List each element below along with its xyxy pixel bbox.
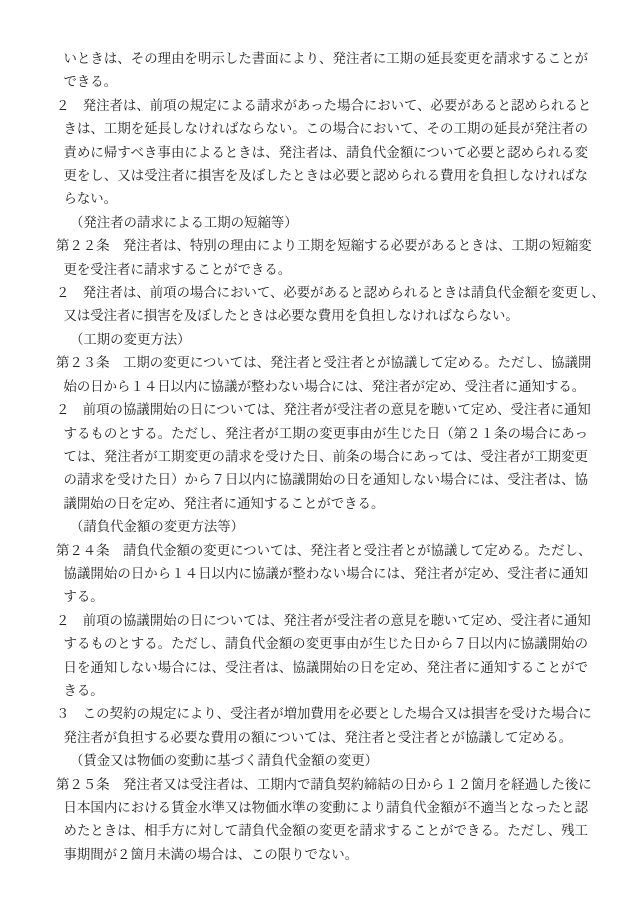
text-line: 第２３条 工期の変更については、発注者と受注者とが協議して定める。ただし、協議開: [56, 351, 588, 374]
text-line: 責めに帰すべき事由によるときは、発注者は、請負代金額について必要と認められる変: [64, 141, 589, 164]
article-25-caption: （賃金又は物価の変動に基づく請負代金額の変更）: [56, 749, 588, 772]
text-line: めたときは、相手方に対して請負代金額の変更を請求することができる。ただし、残工: [64, 819, 589, 842]
text-line: の請求を受けた日）から７日以内に協議開始の日を通知しない場合には、受注者は、協: [64, 468, 589, 491]
article-24-clause-2: ２ 前項の協議開始の日については、発注者が受注者の意見を聴いて定め、受注者に通知…: [56, 609, 588, 703]
text-line: （請負代金額の変更方法等）: [70, 515, 588, 538]
article-24-clause-3: ３ この契約の規定により、受注者が増加費用を必要とした場合又は損害を受けた場合に…: [56, 702, 588, 749]
text-line: 第２２条 発注者は、特別の理由により工期を短縮する必要があるときは、工期の短縮変: [56, 234, 588, 257]
article-22-clause-2: ２ 発注者は、前項の場合において、必要があると認められるときは請負代金額を変更し…: [56, 281, 588, 328]
article-23-caption: （工期の変更方法）: [56, 328, 588, 351]
text-line: （発注者の請求による工期の短縮等）: [70, 211, 588, 234]
numbered-clause-2: ２ 発注者は、前項の規定による請求があった場合において、必要があると認められると…: [56, 94, 588, 211]
text-line: ２ 発注者は、前項の場合において、必要があると認められるときは請負代金額を変更し…: [56, 281, 588, 304]
text-line: 第２５条 発注者又は受注者は、工期内で請負契約締結の日から１２箇月を経過した後に: [56, 773, 588, 796]
text-line: らない。: [64, 187, 589, 210]
text-line: する。: [64, 585, 589, 608]
article-22-caption: （発注者の請求による工期の短縮等）: [56, 211, 588, 234]
article-25-clause-1: 第２５条 発注者又は受注者は、工期内で請負契約締結の日から１２箇月を経過した後に…: [56, 773, 588, 867]
text-line: 議開始の日を定め、発注者に通知することができる。: [64, 492, 589, 515]
text-line: いときは、その理由を明示した書面により、発注者に工期の延長変更を請求することが: [64, 47, 589, 70]
text-line: 日本国内における賃金水準又は物価水準の変動により請負代金額が不適当となったと認: [64, 796, 589, 819]
article-24-caption: （請負代金額の変更方法等）: [56, 515, 588, 538]
text-line: 更をし、又は受注者に損害を及ぼしたときは必要と認められる費用を負担しなければな: [64, 164, 589, 187]
text-line: 第２４条 請負代金額の変更については、発注者と受注者とが協議して定める。ただし、: [56, 539, 588, 562]
text-line: 協議開始の日から１４日以内に協議が整わない場合には、発注者が定め、受注者に通知: [64, 562, 589, 585]
text-line: するものとする。ただし、発注者が工期の変更事由が生じた日（第２１条の場合にあっ: [64, 422, 589, 445]
text-line: きる。: [64, 679, 589, 702]
text-line: ては、発注者が工期変更の請求を受けた日、前条の場合にあっては、受注者が工期変更: [64, 445, 589, 468]
text-line: 更を受注者に請求することができる。: [64, 258, 589, 281]
document-body: いときは、その理由を明示した書面により、発注者に工期の延長変更を請求することが …: [56, 47, 588, 866]
article-23-clause-1: 第２３条 工期の変更については、発注者と受注者とが協議して定める。ただし、協議開…: [56, 351, 588, 398]
text-line: ２ 前項の協議開始の日については、発注者が受注者の意見を聴いて定め、受注者に通知: [56, 398, 588, 421]
text-line: ２ 発注者は、前項の規定による請求があった場合において、必要があると認められると: [56, 94, 588, 117]
text-line: 又は受注者に損害を及ぼしたときは必要な費用を負担しなければならない。: [64, 304, 589, 327]
continuation-clause: いときは、その理由を明示した書面により、発注者に工期の延長変更を請求することが …: [56, 47, 588, 94]
text-line: 発注者が負担する必要な費用の額については、発注者と受注者とが協議して定める。: [64, 726, 589, 749]
text-line: ３ この契約の規定により、受注者が増加費用を必要とした場合又は損害を受けた場合に: [56, 702, 588, 725]
text-line: 事期間が２箇月未満の場合は、この限りでない。: [64, 843, 589, 866]
article-23-clause-2: ２ 前項の協議開始の日については、発注者が受注者の意見を聴いて定め、受注者に通知…: [56, 398, 588, 515]
document-page: いときは、その理由を明示した書面により、発注者に工期の延長変更を請求することが …: [0, 0, 630, 903]
text-line: するものとする。ただし、請負代金額の変更事由が生じた日から７日以内に協議開始の: [64, 632, 589, 655]
text-line: きは、工期を延長しなければならない。この場合において、その工期の延長が発注者の: [64, 117, 589, 140]
text-line: （工期の変更方法）: [70, 328, 588, 351]
text-line: 始の日から１４日以内に協議が整わない場合には、発注者が定め、受注者に通知する。: [64, 375, 589, 398]
text-line: できる。: [64, 70, 589, 93]
text-line: ２ 前項の協議開始の日については、発注者が受注者の意見を聴いて定め、受注者に通知: [56, 609, 588, 632]
text-line: 日を通知しない場合には、受注者は、協議開始の日を定め、発注者に通知することがで: [64, 656, 589, 679]
article-22-clause-1: 第２２条 発注者は、特別の理由により工期を短縮する必要があるときは、工期の短縮変…: [56, 234, 588, 281]
article-24-clause-1: 第２４条 請負代金額の変更については、発注者と受注者とが協議して定める。ただし、…: [56, 539, 588, 609]
text-line: （賃金又は物価の変動に基づく請負代金額の変更）: [70, 749, 588, 772]
